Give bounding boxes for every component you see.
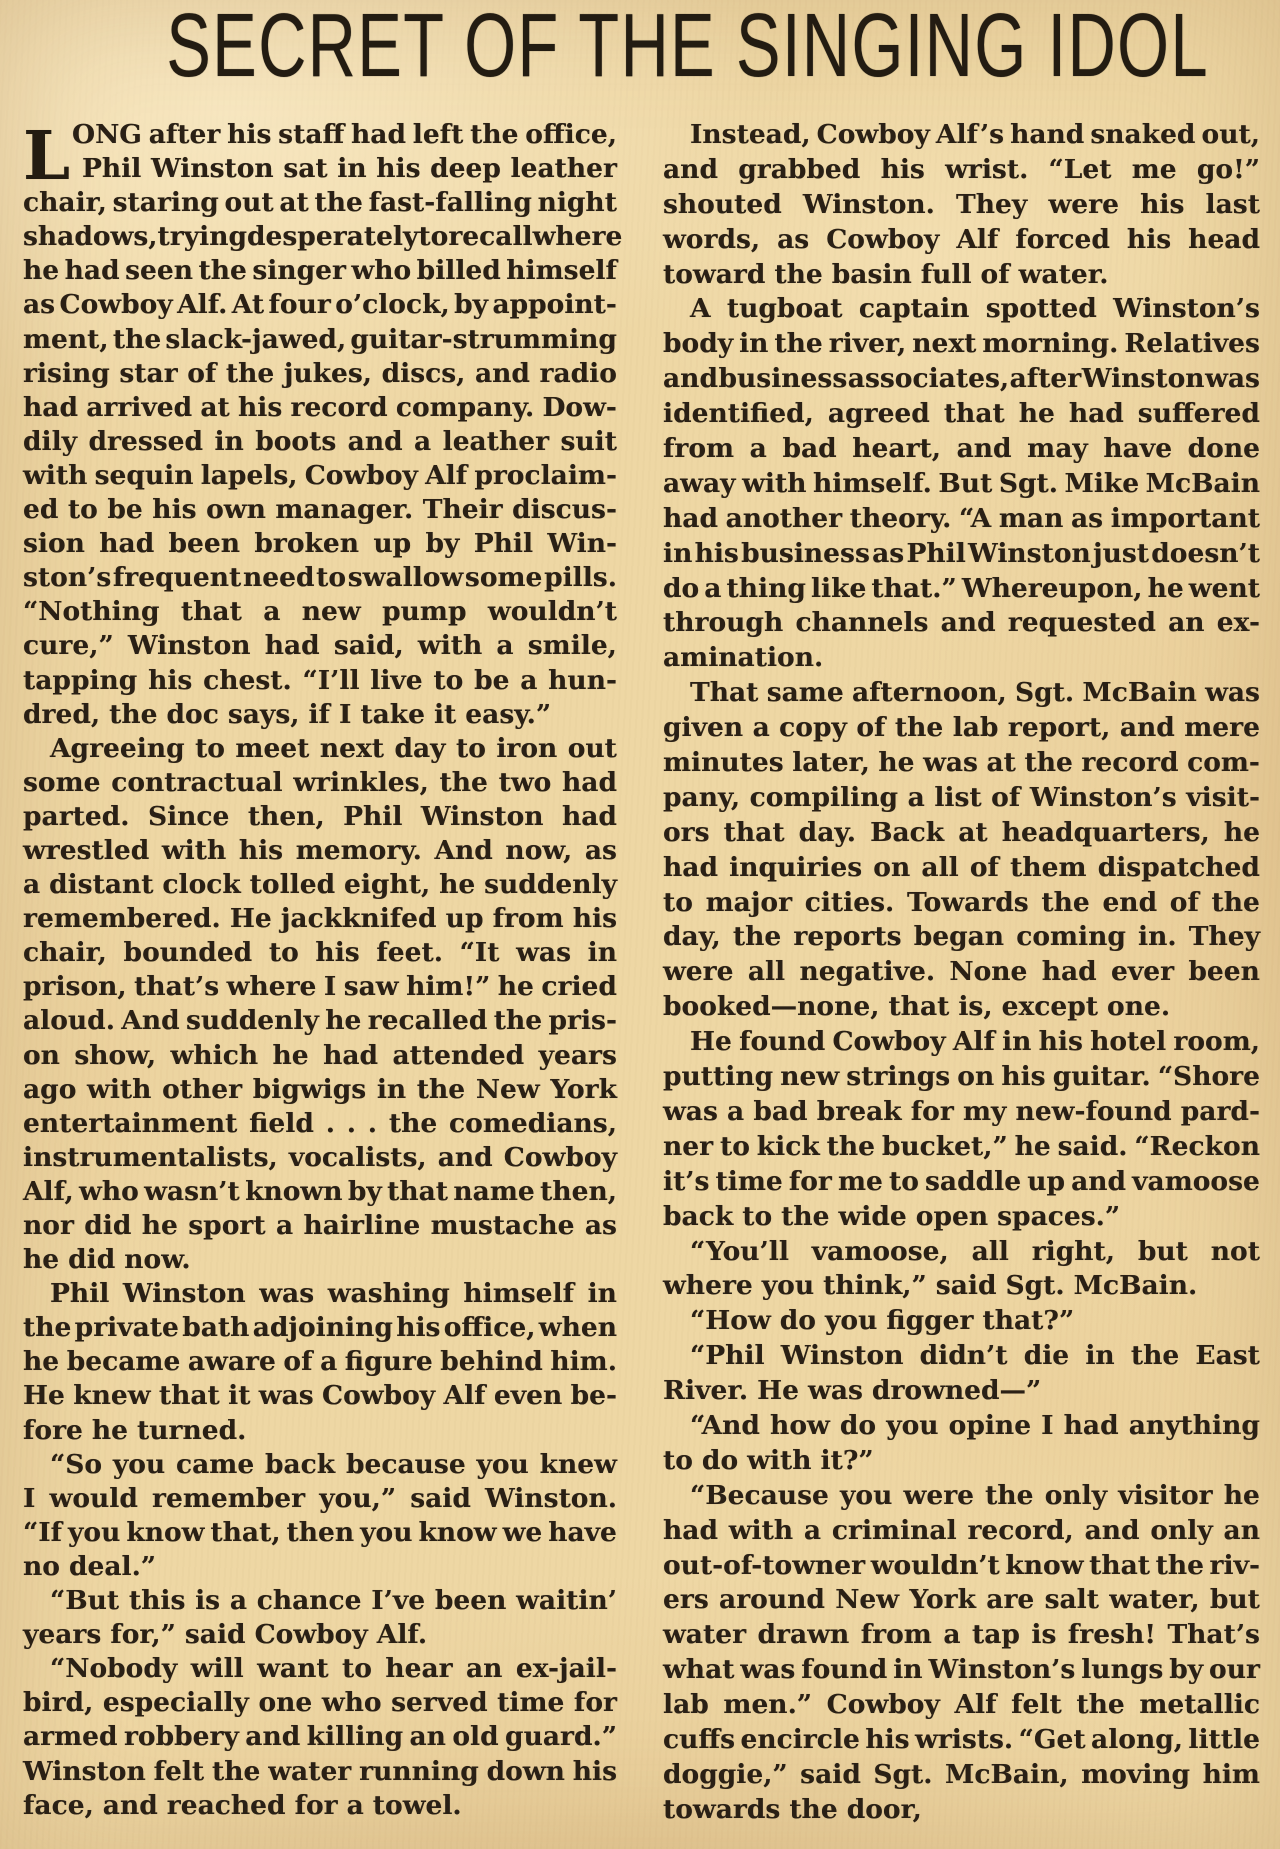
text-line: armedrobberyandkillinganoldguard.” (23, 1721, 617, 1755)
text-line: “Ifyouknowthat,thenyouknowwehave (23, 1517, 617, 1551)
text-line: chair,staringoutatthefast-fallingnight (23, 187, 617, 221)
text-line: todowithit?” (663, 1445, 1260, 1480)
text-line: day,thereportsbegancomingin.They (663, 921, 1260, 956)
text-line: “Nothingthatanewpumpwouldn’t (23, 596, 617, 630)
text-line: dilydressedinbootsandaleathersuit (23, 426, 617, 460)
text-line: foreheturned. (23, 1415, 617, 1449)
text-line: hadanothertheory.“Amanasimportant (663, 503, 1260, 538)
text-line: Alf,whowasn’tknownbythatnamethen, (23, 1176, 617, 1210)
text-line: PhilWinstonwaswashinghimselfin (23, 1278, 617, 1312)
text-line: bodyintheriver,nextmorning.Relatives (663, 328, 1260, 363)
text-line: remembered.Hejackknifedupfromhis (23, 903, 617, 937)
text-line: nertokickthebucket,”hesaid.“Reckon (663, 1131, 1260, 1166)
text-line: labmen.”CowboyAlffeltthemetallic (663, 1689, 1260, 1724)
text-line: “PhilWinstondidn’tdieintheEast (663, 1340, 1260, 1375)
text-line: Winstonfeltthewaterrunningdownhis (23, 1756, 617, 1790)
text-line: it’stimeformetosaddleupandvamoose (663, 1166, 1260, 1201)
text-line: inhisbusinessasPhilWinstonjustdoesn’t (663, 538, 1260, 573)
text-line: shoutedWinston.Theywerehislast (663, 189, 1260, 224)
scanned-story-page: SECRET OF THE SINGING IDOL LONGafterhiss… (0, 0, 1280, 1849)
text-line: “ButthisisachanceI’vebeenwaitin’ (23, 1585, 617, 1619)
text-line: “Nobodywillwanttohearanex-jail- (23, 1653, 617, 1687)
text-line: Iwouldrememberyou,”saidWinston. (23, 1483, 617, 1517)
text-line: doathinglikethat.”Whereupon,hewent (663, 573, 1260, 608)
paragraph: PhilWinstonwaswashinghimselfintheprivate… (23, 1278, 617, 1448)
text-line: out-of-townerwouldn’tknowthattheriv- (663, 1550, 1260, 1585)
text-line: risingstarofthejukes,discs,andradio (23, 358, 617, 392)
text-line: entertainmentfield...thecomedians, (23, 1108, 617, 1142)
text-line: theprivatebathadjoininghisoffice,when (23, 1312, 617, 1346)
text-line: waterdrawnfromatapisfresh!That’s (663, 1619, 1260, 1654)
text-line: AtugboatcaptainspottedWinston’s (663, 293, 1260, 328)
text-line: Thatsameafternoon,Sgt.McBainwas (663, 677, 1260, 712)
text-line: whatwasfoundinWinston’slungsbyour (663, 1654, 1260, 1689)
text-line: throughchannelsandrequestedanex- (663, 607, 1260, 642)
text-line: identified,agreedthathehadsuffered (663, 398, 1260, 433)
text-line: andgrabbedhiswrist.“Letmego!” (663, 154, 1260, 189)
text-line: hebecameawareofafigurebehindhim. (23, 1346, 617, 1380)
text-line: aloud.Andsuddenlyherecalledthepris- (23, 1005, 617, 1039)
text-line: ONGafterhisstaffhadlefttheoffice, (23, 119, 617, 153)
text-line: amination. (663, 642, 1260, 677)
text-line: parted.Sincethen,PhilWinstonhad (23, 801, 617, 835)
text-line: givenacopyofthelabreport,andmere (663, 712, 1260, 747)
paragraph: HefoundCowboyAlfinhishotelroom,puttingne… (663, 1026, 1260, 1235)
paragraph: Instead,CowboyAlf’shandsnakedout,andgrab… (663, 119, 1260, 293)
text-line: hedidnow. (23, 1244, 617, 1278)
text-line: withsequinlapels,CowboyAlfproclaim- (23, 460, 617, 494)
paragraph: Agreeingtomeetnextdaytoironoutsomecontra… (23, 733, 617, 1279)
paragraph: “Becauseyouweretheonlyvisitorhehadwithac… (663, 1480, 1260, 1829)
text-line: River.Hewasdrowned—” (663, 1375, 1260, 1410)
text-line: “Becauseyouweretheonlyvisitorhe (663, 1480, 1260, 1515)
paragraph: LONGafterhisstaffhadlefttheoffice,PhilWi… (23, 119, 617, 733)
text-line: wrestledwithhismemory.Andnow,as (23, 835, 617, 869)
text-line: “Howdoyoufiggerthat?” (663, 1305, 1260, 1340)
text-line: fromabadheart,andmayhavedone (663, 433, 1260, 468)
text-line: nordidhesportahairlinemustacheas (23, 1210, 617, 1244)
text-line: HefoundCowboyAlfinhishotelroom, (663, 1026, 1260, 1061)
text-line: agowithotherbigwigsintheNewYork (23, 1074, 617, 1108)
text-line: dred,thedocsays,ifItakeiteasy.” (23, 699, 617, 733)
text-line: words,asCowboyAlfforcedhishead (663, 224, 1260, 259)
paragraph: Thatsameafternoon,Sgt.McBainwasgivenacop… (663, 677, 1260, 1026)
text-line: hadinquiriesonallofthemdispatched (663, 852, 1260, 887)
text-line: towardthebasinfullofwater. (663, 259, 1260, 294)
text-line: towardsthedoor, (663, 1794, 1260, 1829)
paragraph: “Nobodywillwanttohearanex-jail-bird,espe… (23, 1653, 617, 1823)
paragraph: “ButthisisachanceI’vebeenwaitin’yearsfor… (23, 1585, 617, 1653)
text-line: bird,especiallyonewhoservedtimefor (23, 1687, 617, 1721)
text-line: ersaroundNewYorkaresaltwater,but (663, 1584, 1260, 1619)
drop-cap: L (23, 122, 70, 189)
text-line: chair,boundedtohisfeet.“Itwasin (23, 937, 617, 971)
text-line: hadarrivedathisrecordcompany.Dow- (23, 392, 617, 426)
text-line: wereallnegative.Nonehadeverbeen (663, 956, 1260, 991)
text-line: doggie,”saidSgt.McBain,movinghim (663, 1759, 1260, 1794)
paragraph: “PhilWinstondidn’tdieintheEastRiver.Hewa… (663, 1340, 1260, 1410)
text-line: adistantclocktolledeight,hesuddenly (23, 869, 617, 903)
text-line: cuffsencirclehiswrists.“Getalong,little (663, 1724, 1260, 1759)
text-line: face,andreachedforatowel. (23, 1790, 617, 1824)
text-line: onshow,whichhehadattendedyears (23, 1040, 617, 1074)
text-line: tomajorcities.Towardstheendofthe (663, 887, 1260, 922)
text-line: orsthatday.Backatheadquarters,he (663, 817, 1260, 852)
text-line: booked—none,thatis,exceptone. (663, 991, 1260, 1026)
left-text-column: LONGafterhisstaffhadlefttheoffice,PhilWi… (23, 119, 617, 1824)
text-line: prison,that’swhereIsawhim!”hecried (23, 971, 617, 1005)
right-text-column: Instead,CowboyAlf’shandsnakedout,andgrab… (663, 119, 1260, 1829)
text-line: asCowboyAlf.Atfouro’clock,byappoint- (23, 289, 617, 323)
text-line: minuteslater,hewasattherecordcom- (663, 747, 1260, 782)
text-line: pany,compilingalistofWinston’svisit- (663, 782, 1260, 817)
text-line: andbusinessassociates,afterWinstonwas (663, 363, 1260, 398)
text-line: edtobehisownmanager.Theirdiscus- (23, 494, 617, 528)
text-line: yearsfor,”saidCowboyAlf. (23, 1619, 617, 1653)
text-line: puttingnewstringsonhisguitar.“Shore (663, 1061, 1260, 1096)
text-line: instrumentalists,vocalists,andCowboy (23, 1142, 617, 1176)
text-line: shadows,tryingdesperatelytorecallwhere (23, 221, 617, 255)
text-line: hehadseenthesingerwhobilledhimself (23, 255, 617, 289)
text-line: PhilWinstonsatinhisdeepleather (23, 153, 617, 187)
text-line: ston’sfrequentneedtoswallowsomepills. (23, 562, 617, 596)
text-line: “You’llvamoose,allright,butnot (663, 1236, 1260, 1271)
text-line: Instead,CowboyAlf’shandsnakedout, (663, 119, 1260, 154)
text-line: cure,”Winstonhadsaid,withasmile, (23, 630, 617, 664)
text-line: whereyouthink,”saidSgt.McBain. (663, 1270, 1260, 1305)
text-line: nodeal.” (23, 1551, 617, 1585)
text-line: awaywithhimself.ButSgt.MikeMcBain (663, 468, 1260, 503)
text-line: Agreeingtomeetnextdaytoironout (23, 733, 617, 767)
text-line: somecontractualwrinkles,thetwohad (23, 767, 617, 801)
page-title: SECRET OF THE SINGING IDOL (166, 1, 1113, 91)
text-line: tappinghischest.“I’lllivetobeahun- (23, 665, 617, 699)
paragraph: “AndhowdoyouopineIhadanythingtodowithit?… (663, 1410, 1260, 1480)
paragraph: “SoyoucamebackbecauseyouknewIwouldrememb… (23, 1449, 617, 1585)
text-line: HeknewthatitwasCowboyAlfevenbe- (23, 1380, 617, 1414)
paragraph: “You’llvamoose,allright,butnotwhereyouth… (663, 1236, 1260, 1306)
text-line: sionhadbeenbrokenupbyPhilWin- (23, 528, 617, 562)
text-line: backtothewideopenspaces.” (663, 1201, 1260, 1236)
text-line: “Soyoucamebackbecauseyouknew (23, 1449, 617, 1483)
text-line: hadwithacriminalrecord,andonlyan (663, 1515, 1260, 1550)
text-line: wasabadbreakformynew-foundpard- (663, 1096, 1260, 1131)
paragraph: “Howdoyoufiggerthat?” (663, 1305, 1260, 1340)
paragraph: AtugboatcaptainspottedWinston’sbodyinthe… (663, 293, 1260, 677)
text-line: ment,theslack-jawed,guitar-strumming (23, 324, 617, 358)
text-line: “AndhowdoyouopineIhadanything (663, 1410, 1260, 1445)
